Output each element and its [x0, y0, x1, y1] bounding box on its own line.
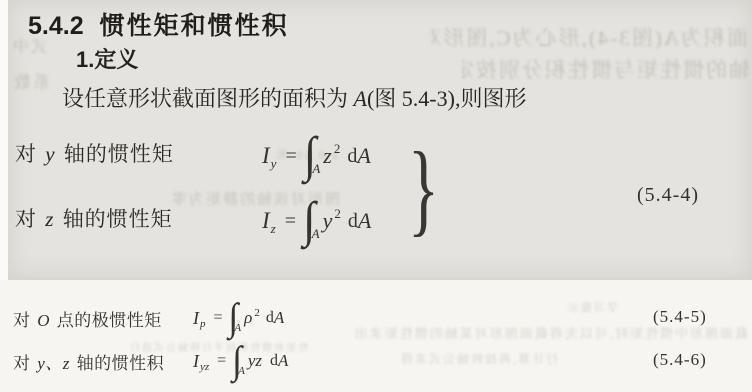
integrand-exponent: 2 — [334, 206, 341, 222]
differential-d: d — [266, 309, 274, 327]
label-post: 轴的惯性矩 — [58, 142, 174, 166]
integrand-exponent: 2 — [334, 141, 341, 157]
section-heading: 5.4.2 惯性矩和惯性积 — [28, 6, 289, 42]
eq-label-moment-z: 对 z 轴的惯性矩 — [15, 203, 173, 233]
equals-sign: = — [214, 309, 223, 327]
integral-sign: ∫ — [232, 340, 242, 379]
bleed-through-text: 面积为A(图3-4),形心为C,图形对y — [430, 22, 748, 52]
differential-variable: A — [358, 208, 371, 234]
integral-sign: ∫ — [229, 297, 239, 336]
intro-text-post: (图 5.4-3),则图形 — [367, 86, 526, 111]
integrand-exponent: 2 — [254, 307, 260, 319]
equation-number-5-4-5: (5.4-5) — [653, 307, 707, 327]
differential-d: d — [348, 210, 358, 233]
equals-sign: = — [285, 210, 296, 233]
equation-number-5-4-4: (5.4-4) — [637, 184, 699, 207]
eq-label-product-of-inertia: 对 y、z 轴的惯性积 — [13, 349, 164, 374]
axis-symbol: y — [43, 142, 57, 166]
differential-variable: A — [274, 308, 284, 328]
formula-lhs-subscript: y — [271, 156, 277, 172]
formula-Iz: I z = ∫ A y 2 d A — [262, 195, 371, 247]
bleed-through-text: 系数 — [2, 68, 50, 93]
formula-Ip: I p = ∫ A ρ 2 d A — [193, 296, 284, 340]
formula-lhs: I — [193, 351, 199, 372]
label-pre: 对 — [13, 354, 35, 373]
point-symbol: O — [35, 311, 52, 330]
eq-label-moment-y: 对 y 轴的惯性矩 — [15, 138, 174, 168]
label-pre: 对 — [13, 311, 35, 330]
formula-Iy: I y = ∫ A z 2 d A — [262, 130, 371, 182]
label-post: 轴的惯性矩 — [56, 207, 172, 231]
differential-variable: A — [278, 351, 288, 371]
bleed-through-text: 行计算,再按转轴公式求得 — [380, 350, 558, 367]
axes-symbols: y、z — [35, 354, 72, 373]
equals-sign: = — [217, 352, 226, 370]
label-post: 点的极惯性矩 — [52, 311, 162, 330]
formula-Iyz: I yz = ∫ A yz d A — [193, 339, 288, 383]
formula-lhs: I — [262, 208, 270, 234]
differential-d: d — [347, 145, 357, 168]
integrand-variable: ρ — [244, 308, 252, 328]
formula-lhs-subscript: p — [200, 318, 206, 330]
area-symbol: A — [354, 86, 367, 111]
bleed-through-text: 学习提示 — [560, 299, 618, 315]
label-pre: 对 — [15, 207, 43, 231]
section-title: 惯性矩和惯性积 — [100, 6, 289, 42]
intro-line: 设任意形状截面图形的面积为 A(图 5.4-3),则图形 — [62, 82, 526, 113]
label-post: 轴的惯性积 — [72, 354, 164, 373]
integral-sign: ∫ — [303, 196, 316, 244]
integrand-variable: yz — [248, 351, 262, 371]
scanned-textbook-page: 面积为A(图3-4),形心为C,图形对y 轴的惯性矩与惯性积分别按定义式 式中 … — [0, 0, 752, 392]
differential-d: d — [270, 352, 278, 370]
equals-sign: = — [285, 145, 296, 168]
formula-lhs: I — [262, 143, 270, 169]
grouping-brace: } — [408, 128, 439, 250]
integral-sign: ∫ — [304, 131, 317, 179]
label-pre: 对 — [15, 142, 43, 166]
formula-lhs-subscript: z — [271, 221, 276, 237]
section-number: 5.4.2 — [28, 12, 84, 41]
differential-variable: A — [357, 143, 370, 169]
integrand-variable: y — [323, 208, 333, 234]
formula-lhs-subscript: yz — [200, 361, 209, 373]
integrand-variable: z — [323, 143, 332, 169]
intro-text-pre: 设任意形状截面图形的面积为 — [62, 86, 354, 111]
eq-label-polar-moment: 对 O 点的极惯性矩 — [13, 306, 162, 331]
formula-lhs: I — [193, 308, 199, 329]
axis-symbol: z — [43, 207, 56, 231]
definition-heading: 1.定义 — [76, 43, 138, 74]
bleed-through-text: 轴的惯性矩与惯性积分别按定义式 — [462, 54, 750, 84]
equation-number-5-4-6: (5.4-6) — [653, 350, 707, 370]
